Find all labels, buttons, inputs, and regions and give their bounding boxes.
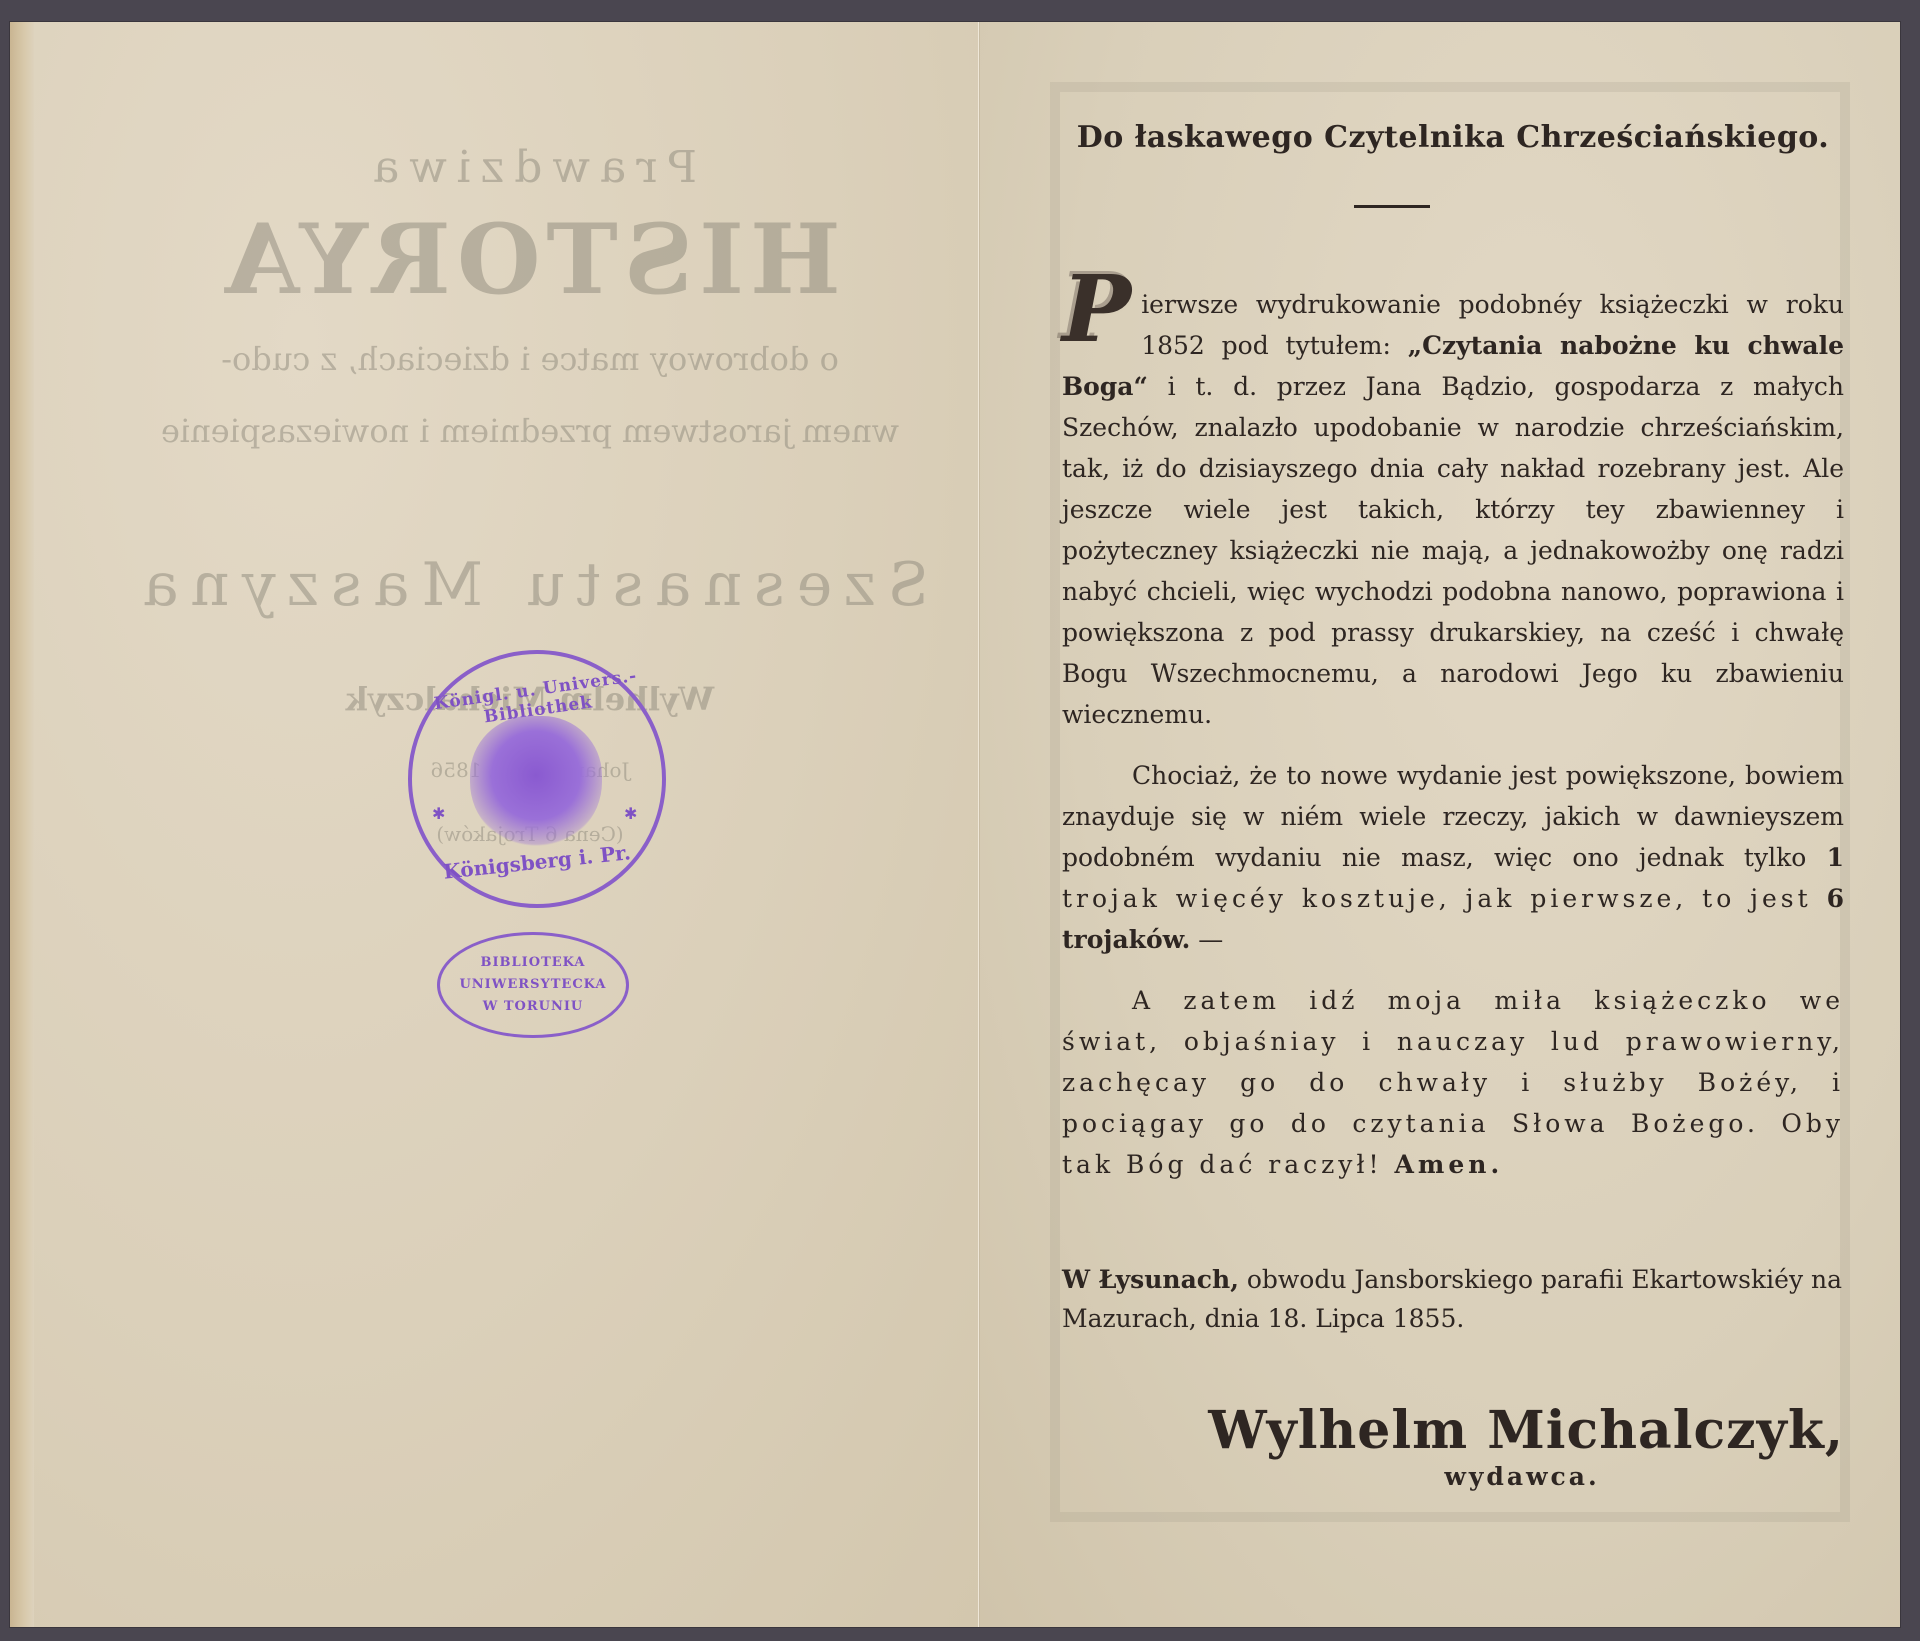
paragraph-1: Pierwsze wydrukowanie podobnéy książeczk… [1062,284,1844,735]
stamp-line: UNIWERSYTECKA [440,974,626,996]
paragraph-3: A zatem idź moja miła książeczko we świa… [1062,980,1844,1185]
bleed-line: o dobrowoy matce i dzieciach, z cudo- [130,330,930,388]
place-date: W Łysunach, obwodu Jansborskiego parafii… [1062,1260,1844,1338]
price-number: 1 [1827,843,1844,872]
text-segment: Chociaż, że to nowe wydanie jest powięks… [1062,761,1844,872]
right-page: Do łaskawego Czytelnika Chrześciańskiego… [980,22,1900,1627]
publisher-role: wydawca. [1422,1462,1622,1491]
stamp-line: BIBLIOTEKA [440,952,626,974]
library-stamp-oval: BIBLIOTEKA UNIWERSYTECKA W TORUNIU [437,932,629,1038]
page-heading: Do łaskawego Czytelnika Chrześciańskiego… [1062,120,1844,155]
book-spread: Prawdziwa HISTORYA o dobrowoy matce i dz… [10,22,1900,1627]
eagle-emblem-icon [470,716,602,848]
heading-rule [1354,205,1430,208]
stamp-line: W TORUNIU [440,996,626,1018]
bleed-line: Prawdziwa [130,142,930,193]
amen: Amen. [1395,1150,1504,1179]
page-edge [10,22,34,1627]
bleed-title: HISTORYA [130,203,930,316]
text-segment: trojak więcéy kosztuje, jak pierwsze, to… [1062,884,1827,913]
publisher-signature: Wylhelm Michalczyk, [1180,1400,1844,1461]
library-stamp-round: Königl. u. Univers.-Bibliothek ✱ ✱ König… [408,650,666,908]
star-icon: ✱ [624,804,637,823]
place-name: W Łysunach, [1062,1265,1239,1294]
left-page: Prawdziwa HISTORYA o dobrowoy matce i dz… [10,22,978,1627]
drop-cap: P [1062,270,1131,348]
star-icon: ✱ [432,804,445,823]
body-text: Pierwsze wydrukowanie podobnéy książeczk… [1062,284,1844,1185]
bleed-line: Szesnastu Maszyna [130,550,930,620]
paragraph-2: Chociaż, że to nowe wydanie jest powięks… [1062,755,1844,960]
place-date-text: W Łysunach, obwodu Jansborskiego parafii… [1062,1260,1844,1338]
text-segment: i t. d. przez Jana Bądzio, gospodarza z … [1062,372,1844,729]
bleed-line: wnem jarostwem przedniem i nowiezaspieni… [130,402,930,460]
text-segment: — [1190,925,1223,954]
